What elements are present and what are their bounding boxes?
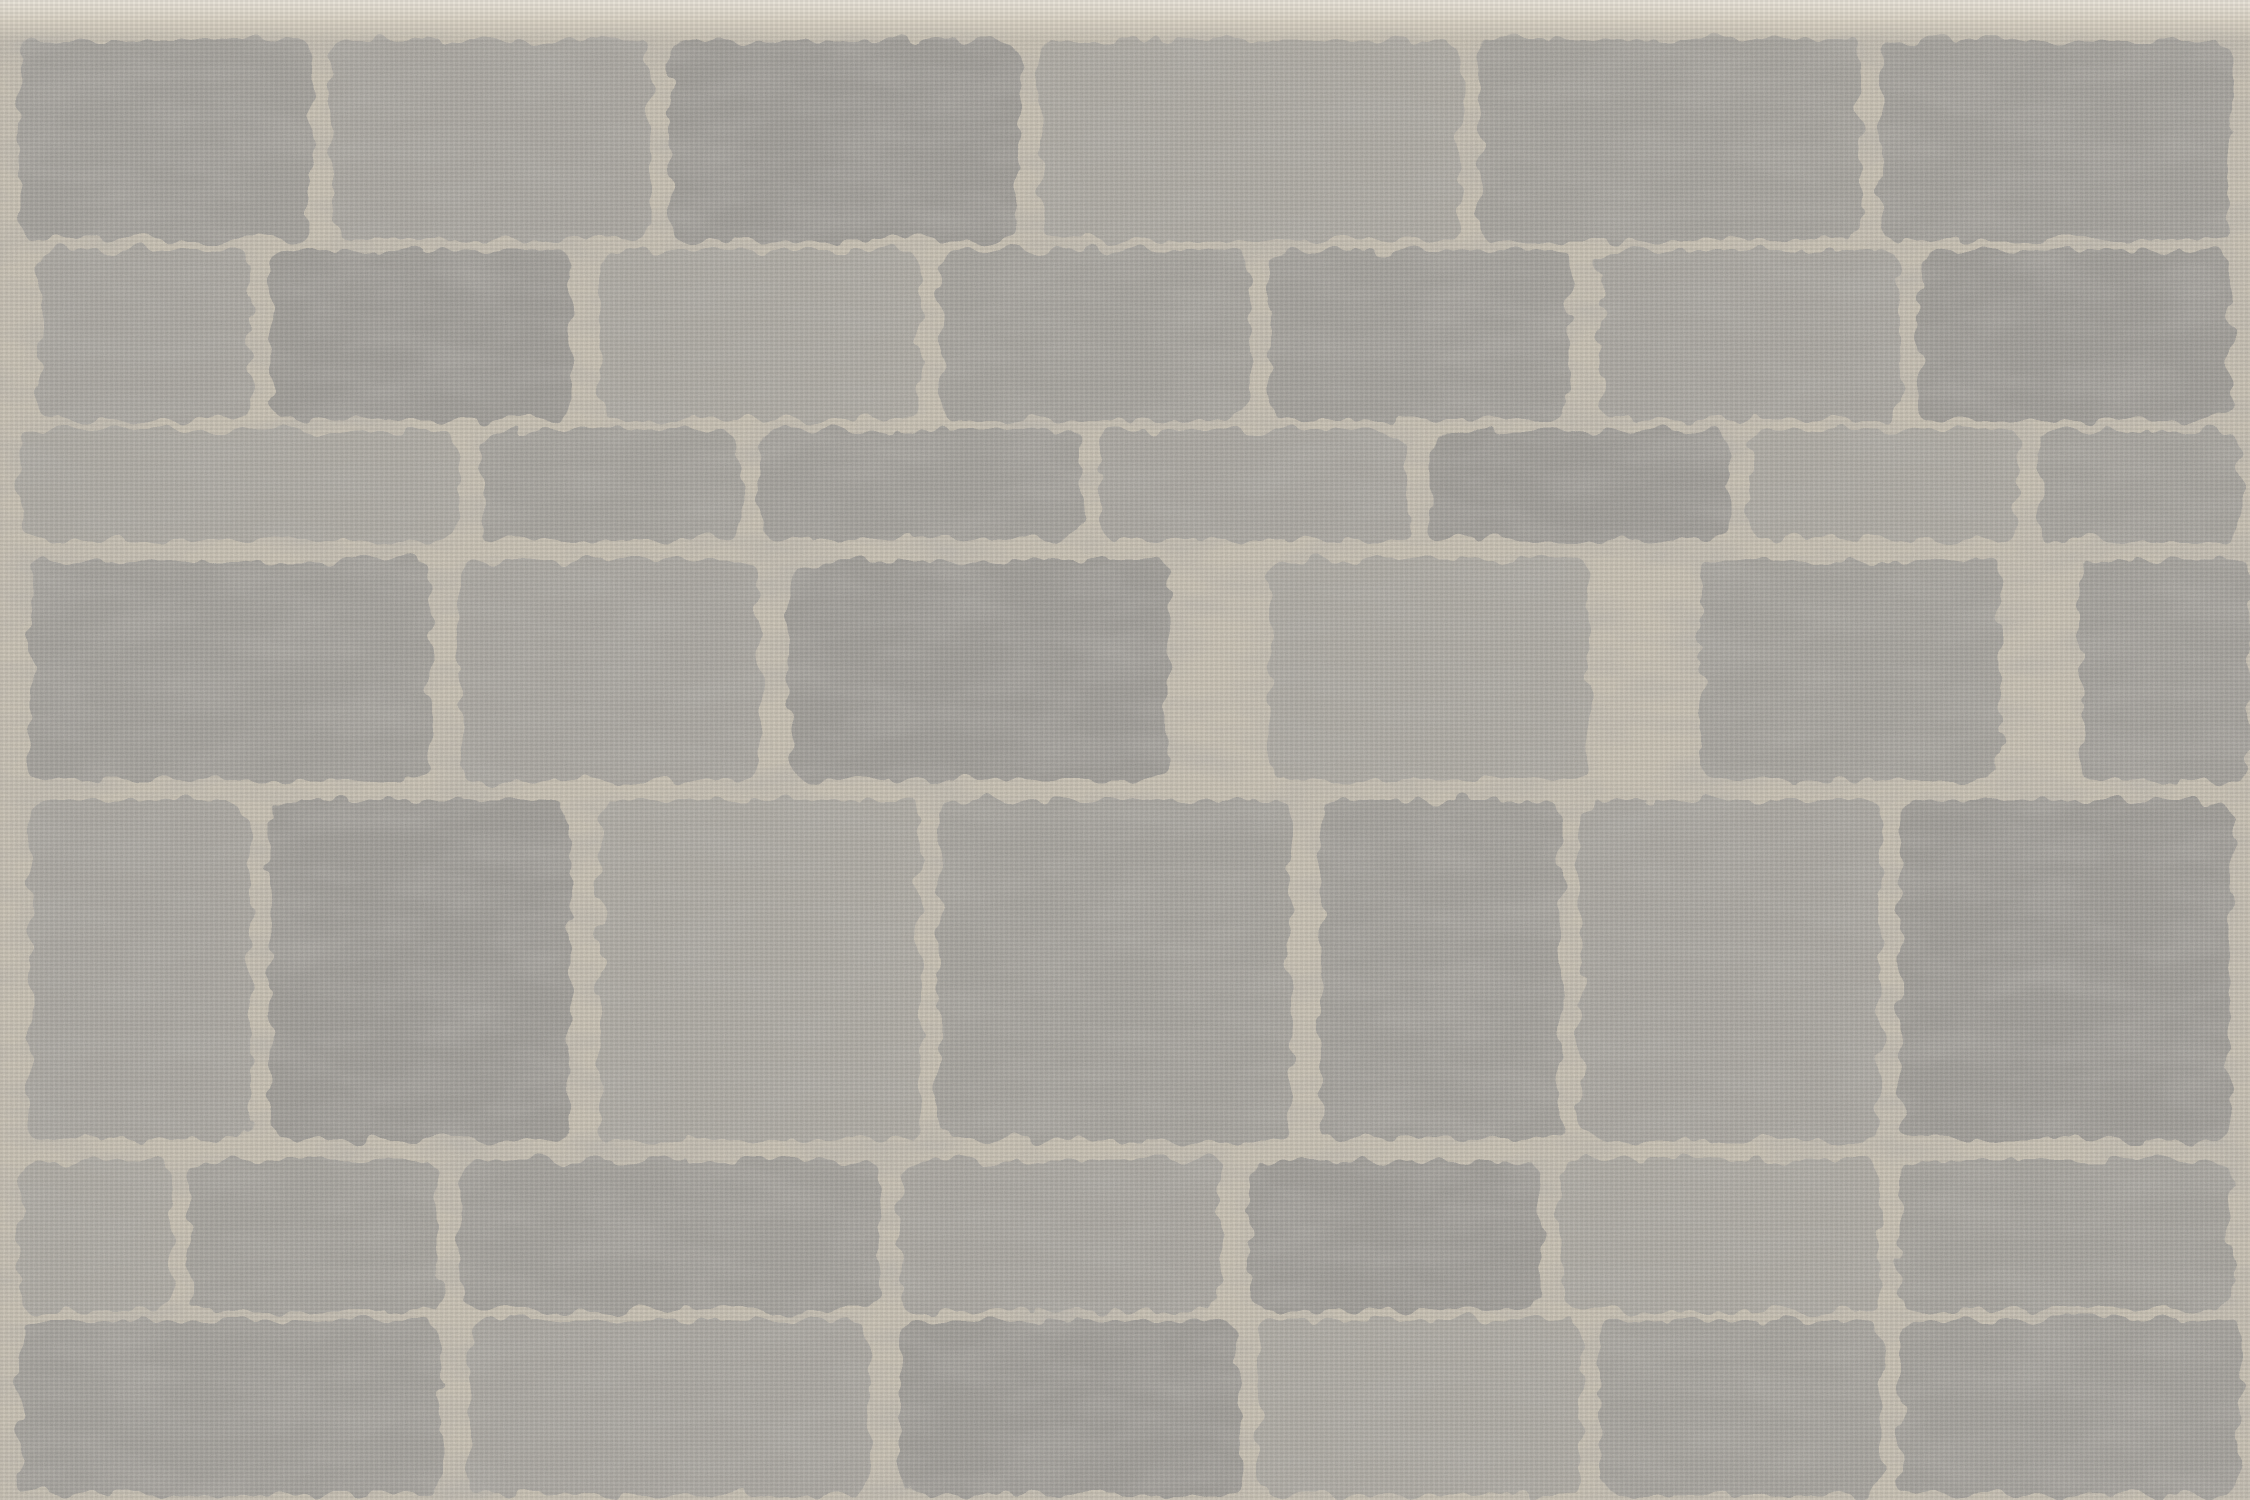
carpet-texture [0,0,2250,1500]
carpet-top-edge [0,0,2250,40]
carpet-photo [0,0,2250,1500]
